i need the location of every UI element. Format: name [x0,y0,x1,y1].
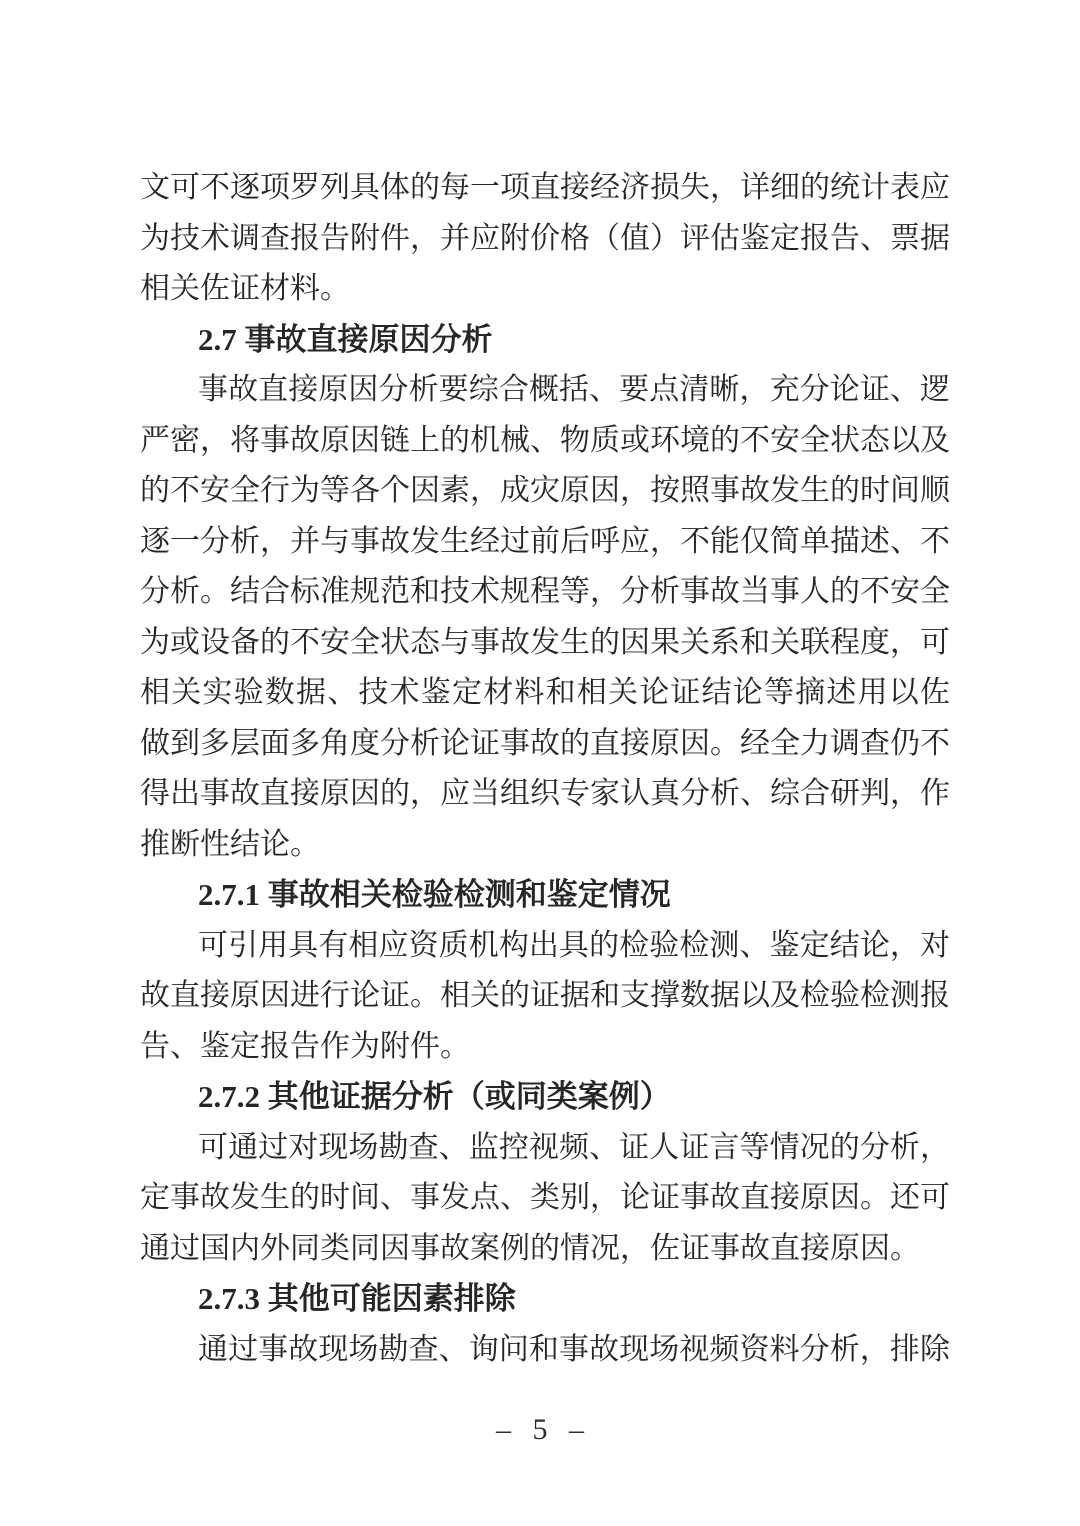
text-line: 为或设备的不安全状态与事故发生的因果关系和关联程度，可将 [140,618,950,669]
text-line: 的不安全行为等各个因素，成灾原因，按照事故发生的时间顺序 [140,466,950,517]
text-line: 相关实验数据、技术鉴定材料和相关论证结论等摘述用以佐证， [140,668,950,719]
page-number: – 5 – [0,1405,1080,1455]
text-line: 文可不逐项罗列具体的每一项直接经济损失，详细的统计表应作 [140,163,950,214]
document-page: 文可不逐项罗列具体的每一项直接经济损失，详细的统计表应作为技术调查报告附件，并应… [0,0,1080,1526]
text-line: 严密，将事故原因链上的机械、物质或环境的不安全状态以及人 [140,416,950,467]
text-line: 通过国内外同类同因事故案例的情况，佐证事故直接原因。 [140,1224,950,1275]
text-line: 告、鉴定报告作为附件。 [140,1022,950,1073]
text-line: 做到多层面多角度分析论证事故的直接原因。经全力调查仍不能 [140,719,950,770]
text-line: 可通过对现场勘查、监控视频、证人证言等情况的分析，确 [140,1123,950,1174]
heading-2-7-3: 2.7.3 其他可能因素排除 [140,1274,950,1325]
text-line: 为技术调查报告附件，并应附价格（值）评估鉴定报告、票据等 [140,214,950,265]
text-line: 逐一分析，并与事故发生经过前后呼应，不能仅简单描述、不做 [140,517,950,568]
document-body: 文可不逐项罗列具体的每一项直接经济损失，详细的统计表应作为技术调查报告附件，并应… [140,163,950,1375]
text-line: 可引用具有相应资质机构出具的检验检测、鉴定结论，对事 [140,921,950,972]
heading-2-7-2: 2.7.2 其他证据分析（或同类案例） [140,1072,950,1123]
text-line: 推断性结论。 [140,820,950,871]
text-line: 故直接原因进行论证。相关的证据和支撑数据以及检验检测报 [140,971,950,1022]
text-line: 定事故发生的时间、事发点、类别，论证事故直接原因。还可以 [140,1173,950,1224]
text-line: 事故直接原因分析要综合概括、要点清晰，充分论证、逻辑 [140,365,950,416]
text-line: 相关佐证材料。 [140,264,950,315]
heading-2-7-1: 2.7.1 事故相关检验检测和鉴定情况 [140,870,950,921]
text-line: 得出事故直接原因的，应当组织专家认真分析、综合研判，作出 [140,769,950,820]
text-line: 通过事故现场勘查、询问和事故现场视频资料分析，排除人 [140,1325,950,1376]
text-line: 分析。结合标准规范和技术规程等，分析事故当事人的不安全行 [140,567,950,618]
heading-2-7: 2.7 事故直接原因分析 [140,315,950,366]
